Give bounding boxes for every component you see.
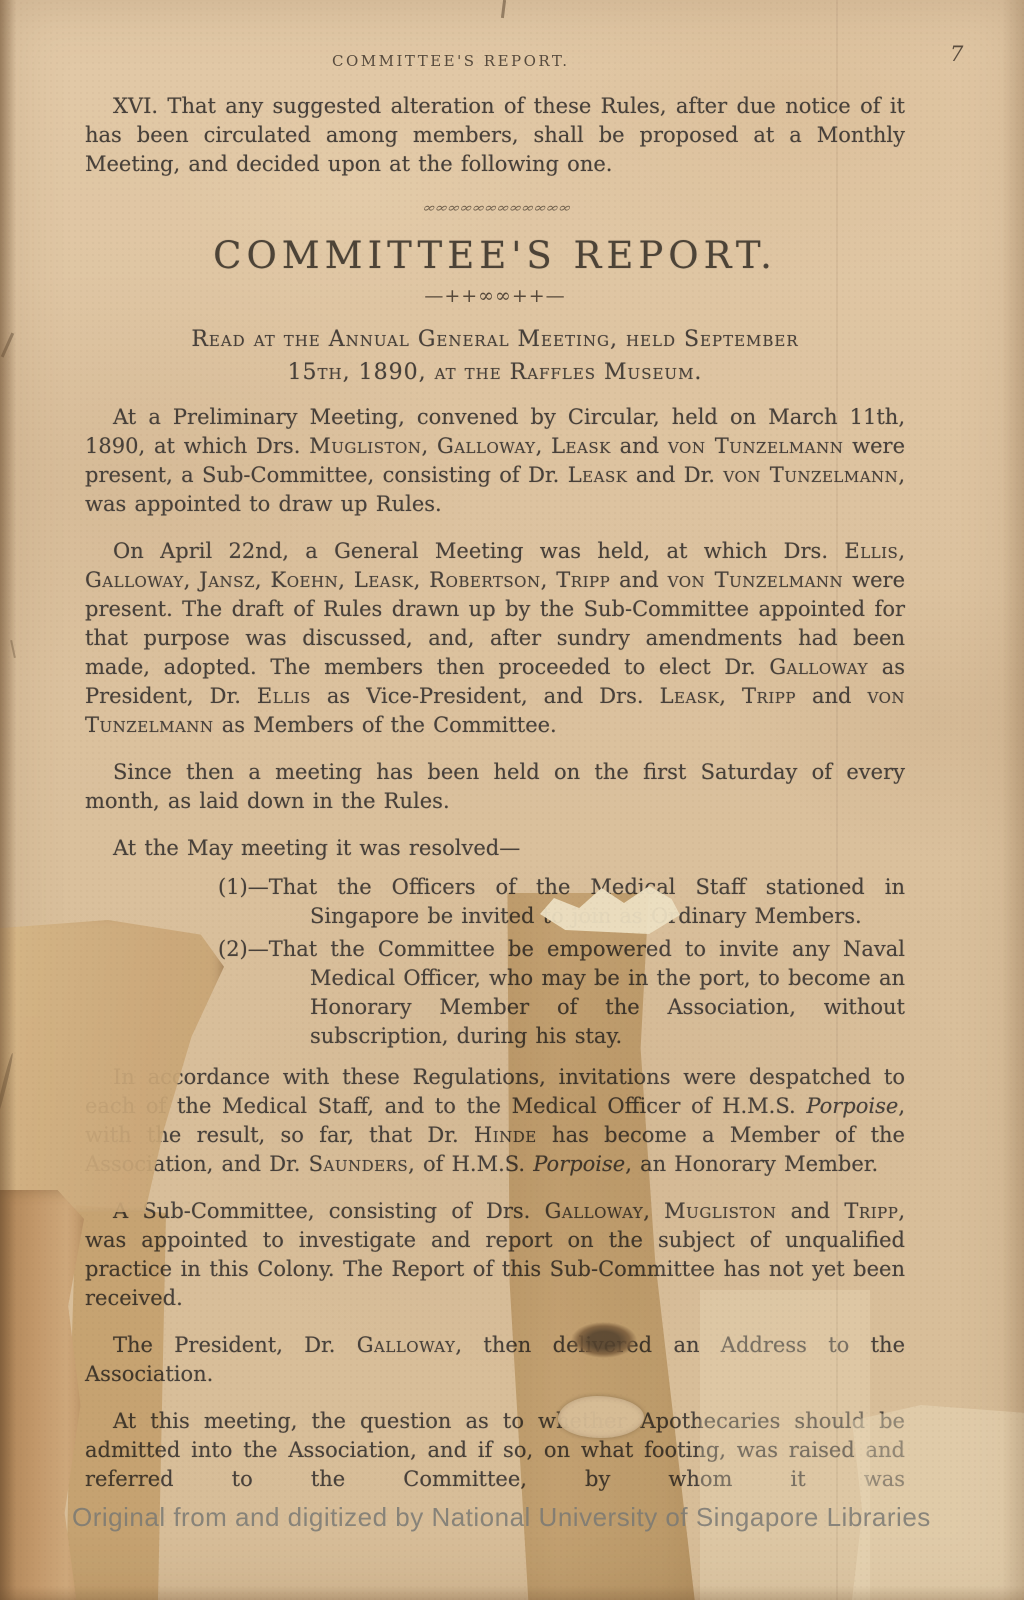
paragraph-preliminary-meeting: At a Preliminary Meeting, convened by Ci… xyxy=(85,403,905,519)
resolutions-list: (1)—That the Officers of the Medical Sta… xyxy=(85,873,905,1051)
meeting-subtitle: Read at the Annual General Meeting, held… xyxy=(85,323,905,389)
resolution-item-1: (1)—That the Officers of the Medical Sta… xyxy=(85,873,905,931)
paragraph-sub-committee: A Sub-Committee, consisting of Drs. Gall… xyxy=(85,1197,905,1313)
resolution-item-2: (2)—That the Committee be empowered to i… xyxy=(85,935,905,1051)
margin-pen-mark xyxy=(1,333,14,358)
digitization-watermark: Original from and digitized by National … xyxy=(72,1502,952,1533)
page-edge-shadow xyxy=(0,1586,1024,1600)
tape-repair-column-dark xyxy=(0,1190,84,1600)
paragraph-apothecaries: At this meeting, the question as to whet… xyxy=(85,1407,905,1494)
binding-edge-shadow xyxy=(0,0,16,1600)
paragraph-may-meeting: At the May meeting it was resolved— xyxy=(85,834,905,863)
page-number: 7 xyxy=(950,42,963,66)
paragraph-invitations: In accordance with these Regulations, in… xyxy=(85,1063,905,1179)
report-title: COMMITTEE'S REPORT. xyxy=(85,233,905,279)
scanned-document-page: COMMITTEE'S REPORT. 7 XVI. That any sugg… xyxy=(0,0,1024,1600)
paragraph-rule-xvi: XVI. That any suggested alteration of th… xyxy=(85,92,905,179)
paragraph-president-address: The President, Dr. Galloway, then delive… xyxy=(85,1331,905,1389)
running-header-title: COMMITTEE'S REPORT. xyxy=(332,52,570,70)
paragraph-general-meeting: On April 22nd, a General Meeting was hel… xyxy=(85,537,905,740)
subtitle-line-1: Read at the Annual General Meeting, held… xyxy=(85,323,905,356)
margin-pen-mark xyxy=(10,640,16,658)
page-edge-nick xyxy=(501,0,506,18)
page-content: XVI. That any suggested alteration of th… xyxy=(85,92,905,1494)
title-divider-ornament: —++∞∞++— xyxy=(85,285,905,311)
subtitle-line-2: 15th, 1890, at the Raffles Museum. xyxy=(85,356,905,389)
chain-ornament: ∞∞∞∞∞∞∞∞∞∞∞∞ xyxy=(80,200,910,224)
paragraph-monthly-meetings: Since then a meeting has been held on th… xyxy=(85,758,905,816)
margin-pen-mark xyxy=(0,1053,14,1122)
page-edge-shadow xyxy=(1002,0,1024,1600)
